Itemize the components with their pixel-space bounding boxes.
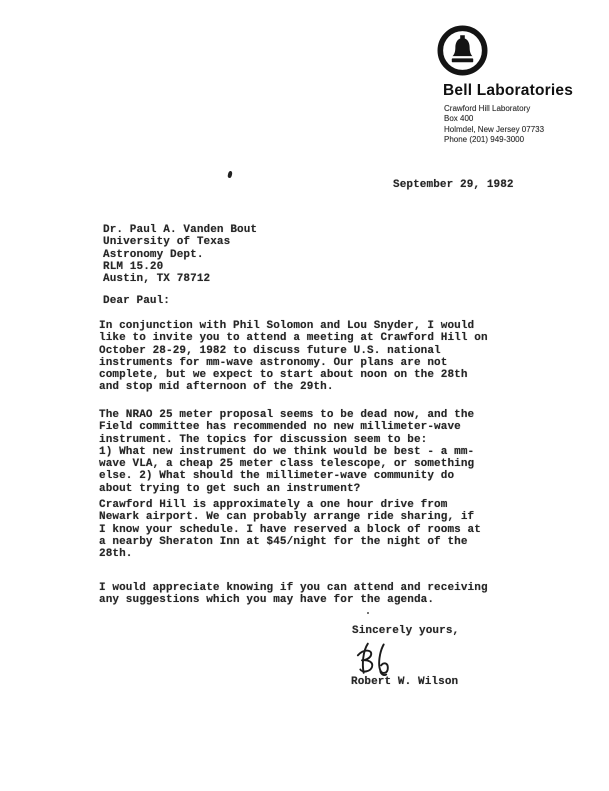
body-paragraph-1: In conjunction with Phil Solomon and Lou… [99,320,519,394]
date-line: September 29, 1982 [393,179,514,191]
body-paragraph-2: The NRAO 25 meter proposal seems to be d… [99,409,519,495]
stray-ink-mark [227,171,233,179]
letterhead-address: Crawford Hill Laboratory Box 400 Holmdel… [444,104,544,145]
closing-phrase: Sincerely yours, [352,625,459,637]
letter-page: Bell Laboratories Crawford Hill Laborato… [0,0,609,791]
body-paragraph-4: I would appreciate knowing if you can at… [99,582,519,607]
scan-speck [367,612,369,614]
signed-name: Robert W. Wilson [351,676,458,688]
recipient-address: Dr. Paul A. Vanden Bout University of Te… [103,224,257,285]
salutation: Dear Paul: [103,295,170,307]
company-name: Bell Laboratories [443,82,573,100]
bell-system-logo-icon [437,25,488,76]
body-paragraph-3: Crawford Hill is approximately a one hou… [99,499,519,560]
handwritten-signature [352,641,402,678]
